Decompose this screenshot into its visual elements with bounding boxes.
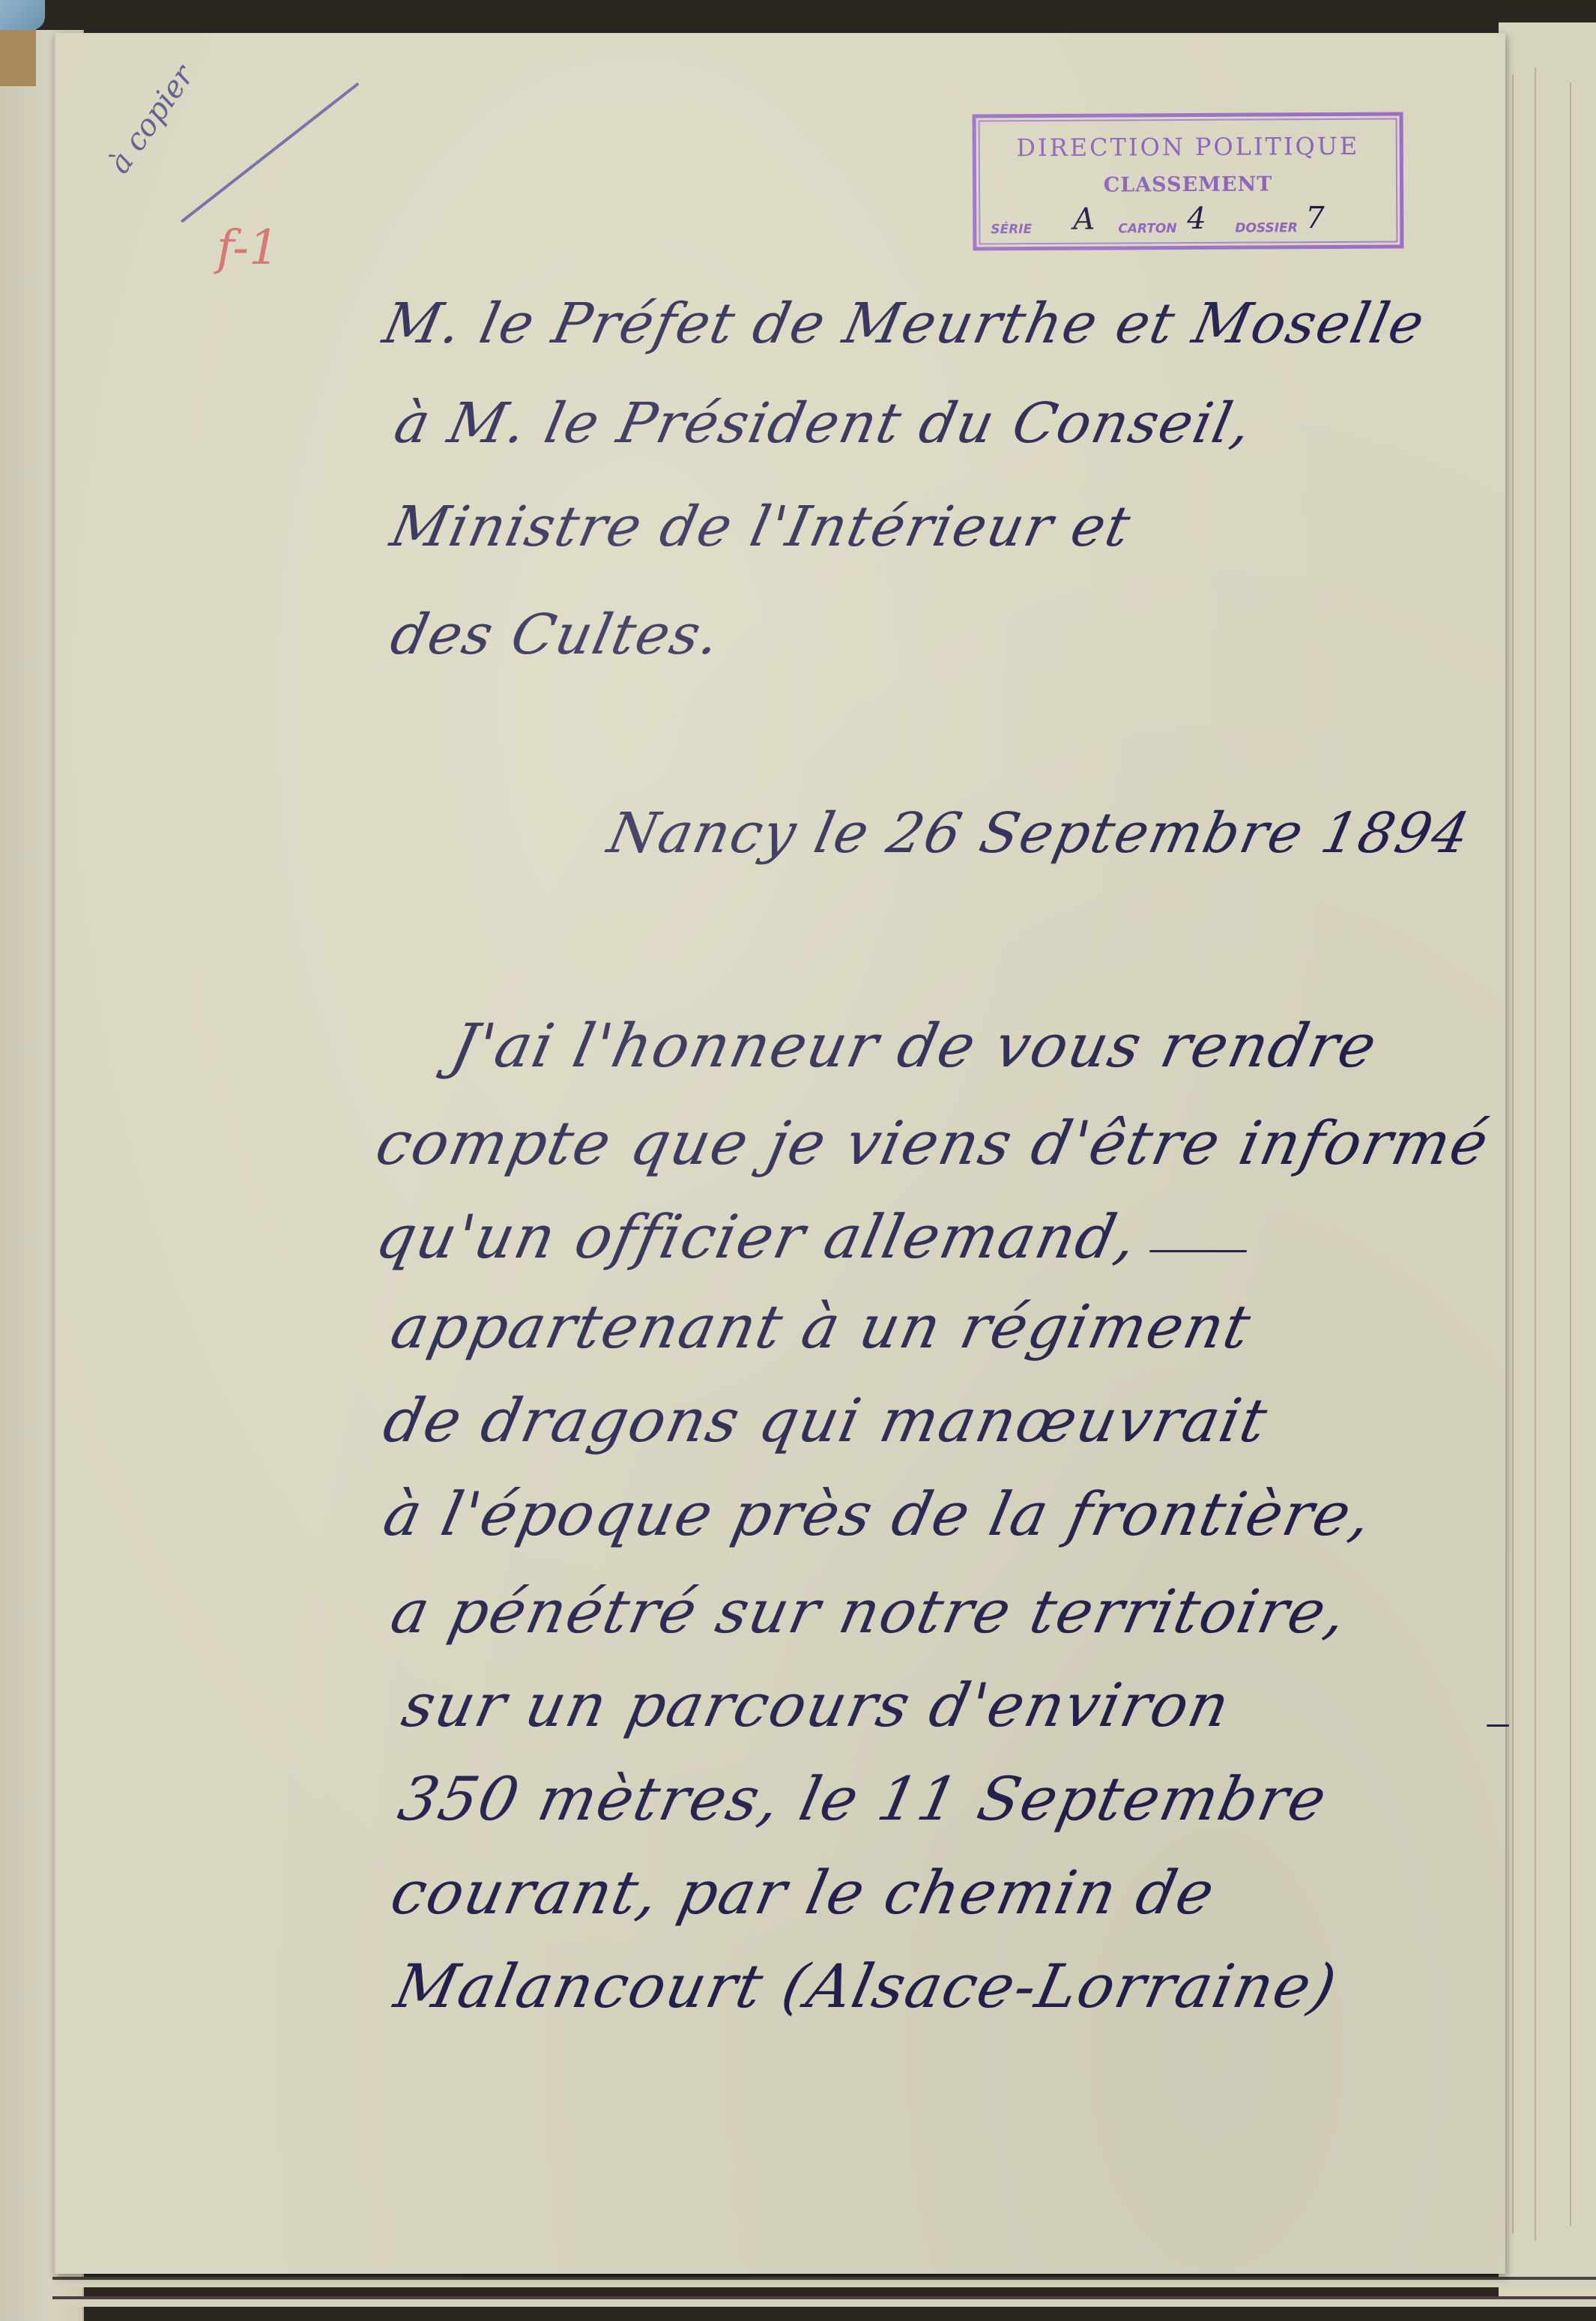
stamp-field-value-serie: A (1073, 202, 1095, 237)
stack-sheet-edge (1535, 67, 1536, 2241)
address-line-1: M. le Préfet de Meurthe et Moselle (378, 292, 1431, 356)
body-line-8: sur un parcours d'environ (396, 1670, 1237, 1740)
stamp-field-value-dossier: 7 (1305, 201, 1325, 235)
stamp-field-label-carton: CARTON (1118, 221, 1176, 236)
body-line-9: 350 mètres, le 11 Septembre (393, 1764, 1334, 1834)
body-line-7: a pénétré sur notre territoire, (385, 1577, 1354, 1647)
letter-page: à copier f-1 DIRECTION POLITIQUE CLASSEM… (54, 33, 1505, 2274)
body-line-5: de dragons qui manœuvrait (378, 1386, 1275, 1455)
paper-stack-right (1499, 22, 1596, 2301)
margin-red-note: f-1 (217, 220, 279, 276)
stamp-field-value-carton: 4 (1187, 202, 1206, 236)
address-line-2: à M. le Président du Conseil, (389, 391, 1258, 456)
body-line-6: à l'époque près de la frontière, (378, 1479, 1379, 1549)
stamp-subtitle: CLASSEMENT (980, 172, 1396, 198)
address-line-3: Ministre de l'Intérieur et (385, 495, 1137, 559)
stamp-field-label-dossier: DOSSIER (1235, 220, 1298, 235)
stamp-inner-border: DIRECTION POLITIQUE CLASSEMENT SÉRIE A C… (979, 118, 1398, 245)
body-line-2: compte que je viens d'être informé (370, 1108, 1496, 1178)
line-filler-dash (1487, 1724, 1509, 1727)
stack-sheet-edge (1570, 82, 1571, 2226)
body-line-1: J'ai l'honneur de vous rendre (445, 1011, 1384, 1081)
archive-ribbon (0, 0, 45, 30)
margin-pencil-note: à copier (102, 59, 201, 180)
paper-stack-bottom-edge (52, 2277, 1596, 2287)
address-line-4: des Cultes. (385, 603, 727, 667)
stack-sheet-edge (1512, 75, 1514, 2233)
classification-stamp: DIRECTION POLITIQUE CLASSEMENT SÉRIE A C… (973, 112, 1404, 250)
body-line-4: appartenant à un régiment (385, 1292, 1258, 1362)
paper-stack-bottom-edge (52, 2296, 1596, 2307)
stamp-fields-row: SÉRIE A CARTON 4 DOSSIER 7 (991, 208, 1385, 241)
stamp-title: DIRECTION POLITIQUE (980, 132, 1396, 163)
place-date: Nancy le 26 Septembre 1894 (602, 801, 1476, 866)
line-filler-dash (1149, 1250, 1247, 1252)
margin-slash-mark (181, 82, 360, 223)
body-line-3: qu'un officier allemand, (370, 1202, 1144, 1272)
stamp-field-label-serie: SÉRIE (991, 222, 1032, 237)
body-line-11: Malancourt (Alsace-Lorraine) (389, 1952, 1343, 2021)
body-line-10: courant, par le chemin de (385, 1858, 1221, 1928)
